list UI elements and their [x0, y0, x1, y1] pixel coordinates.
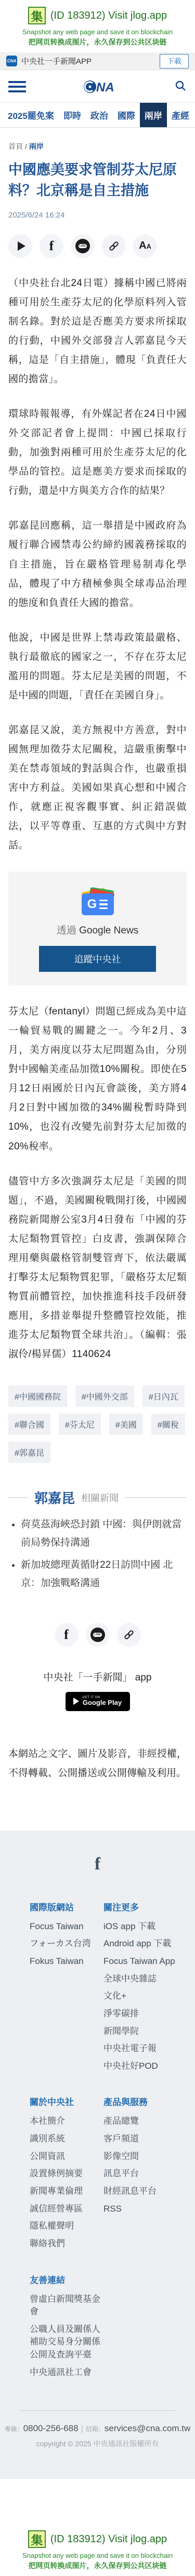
app-download-button[interactable]: 下載 — [160, 54, 189, 69]
share-toolbar: f LINE AA — [8, 234, 187, 258]
tag-chip[interactable]: #聯合國 — [8, 1414, 50, 1435]
related-news-header: 郭嘉昆 相關新聞 — [8, 1488, 187, 1507]
footer-link[interactable]: 中央社電子報 — [103, 2042, 184, 2055]
footer-col-products: 產品與服務 產品總覽 客戶頻道 影像空間 訊息平台 財經訊息平台 RSS — [103, 2082, 184, 2255]
page-title: 中國應美要求管制芬太尼原料？北京稱是自主措施 — [8, 160, 187, 201]
font-size-icon: AA — [139, 240, 151, 252]
footer-link-columns: 國際版網站 Focus Taiwan フォーカス台湾 Fokus Taiwan … — [0, 1888, 195, 2389]
nav-item-recall2025[interactable]: 2025罷免案 — [3, 103, 59, 127]
share-facebook-button[interactable]: f — [40, 234, 63, 258]
facebook-icon: f — [64, 1628, 69, 1642]
site-header: NA — [0, 70, 195, 102]
site-footer: f 國際版網站 Focus Taiwan フォーカス台湾 Fokus Taiwa… — [0, 1831, 195, 2479]
jlog-banner-title: (ID 183912) Visit jlog.app — [50, 2533, 167, 2545]
facebook-icon: f — [49, 239, 54, 253]
footer-link[interactable]: 影像空間 — [103, 2150, 184, 2163]
breadcrumb-separator: / — [25, 142, 27, 151]
footer-link[interactable]: 公職人員及關係人補助交易身分關係公開及查詢平臺 — [30, 2323, 103, 2362]
nav-item-politics[interactable]: 政治 — [86, 103, 113, 127]
footer-col-international: 國際版網站 Focus Taiwan フォーカス台湾 Fokus Taiwan — [30, 1888, 103, 2078]
tag-chip[interactable]: #中國國務院 — [8, 1386, 67, 1407]
bottom-spacer — [0, 2479, 195, 2524]
jlog-logo-icon: 集 — [28, 7, 46, 24]
footer-link[interactable]: RSS — [103, 2203, 184, 2216]
article-paragraph: 他說，中國是世界上禁毒政策最嚴格、執行最徹底的國家之一，不存在芬太尼濫用的問題。… — [8, 628, 187, 705]
tag-chip[interactable]: #中國外交部 — [75, 1386, 134, 1407]
footer-heading: 關注更多 — [103, 1900, 184, 1913]
share-line-button[interactable]: LINE — [86, 1623, 110, 1647]
footer-link[interactable]: 聯絡我們 — [30, 2238, 103, 2250]
line-icon: LINE — [90, 1628, 105, 1642]
link-icon — [123, 1629, 135, 1641]
footer-divider — [20, 2410, 175, 2411]
nav-item-cross-strait[interactable]: 兩岸 — [140, 103, 167, 127]
jlog-banner-subtitle-en: Snapshot any web page and save it on blo… — [4, 2552, 191, 2559]
footer-link[interactable]: 產品總覽 — [103, 2115, 184, 2128]
jlog-banner-subtitle-zh: 把网页转换成图片，永久保存到公共区块链 — [4, 37, 191, 47]
tag-chip[interactable]: #美國 — [109, 1414, 143, 1435]
category-nav: 2025罷免案 即時 政治 國際 兩岸 產經 — [0, 102, 195, 128]
footer-heading: 友善連結 — [30, 2273, 103, 2286]
jlog-logo-icon: 集 — [28, 2530, 46, 2548]
menu-icon[interactable] — [8, 78, 26, 95]
tag-chip[interactable]: #芬太尼 — [59, 1414, 101, 1435]
article-body: （中央社台北24日電）據稱中國已將兩種可用於生產芬太尼的化學原料列入管制名錄。對… — [8, 274, 187, 1364]
hotline-number[interactable]: 0800-256-688 — [23, 2423, 79, 2433]
listen-button[interactable] — [8, 234, 32, 258]
footer-link[interactable]: 淨零碳排 — [103, 2008, 184, 2021]
google-play-badge[interactable]: GET IT ON Google Play — [66, 1692, 130, 1711]
jlog-banner-title: (ID 183912) Visit jlog.app — [50, 10, 167, 22]
footer-col-about: 關於中央社 本社簡介 識別系統 公開資訊 設置條例摘要 新聞專業倫理 誠信經營專… — [30, 2082, 103, 2255]
article-paragraph: 芬太尼（fentanyl）問題已經成為美中這一輪貿易戰的關鍵之一。今年2月、3月… — [8, 1002, 187, 1156]
google-news-caption: 透過 Google News — [57, 923, 138, 937]
play-icon — [18, 241, 25, 251]
jlog-snapshot-banner-top[interactable]: 集 (ID 183912) Visit jlog.app Snapshot an… — [0, 0, 195, 52]
footer-link[interactable]: Android app 下載 — [103, 1937, 184, 1950]
footer-link[interactable]: 公開資訊 — [30, 2150, 103, 2163]
bottom-share-toolbar: f LINE — [8, 1623, 187, 1647]
footer-col-friendly-links: 友善連結 曾虛白新聞獎基金會 公職人員及關係人補助交易身分關係公開及查詢平臺 中… — [30, 2260, 103, 2384]
hotline-label: 專線： — [5, 2425, 23, 2433]
legal-notice: 本網站之文字、圖片及影音，非經授權，不得轉載、公開播送或公開傳輸及利用。 — [8, 1744, 187, 1783]
footer-link[interactable]: 訊息平台 — [103, 2167, 184, 2180]
breadcrumb: 首頁/兩岸 — [8, 141, 187, 152]
footer-link[interactable]: Focus Taiwan — [30, 1920, 103, 1933]
play-store-icon — [73, 1698, 79, 1705]
breadcrumb-section[interactable]: 兩岸 — [29, 142, 44, 151]
nav-item-world[interactable]: 國際 — [113, 103, 140, 127]
share-line-button[interactable]: LINE — [71, 234, 95, 258]
nav-item-breaking[interactable]: 即時 — [59, 103, 86, 127]
footer-link[interactable]: 新聞專業倫理 — [30, 2185, 103, 2198]
email-link[interactable]: services@cna.com.tw — [105, 2423, 191, 2433]
jlog-banner-subtitle-zh: 把网页转换成图片，永久保存到公共区块链 — [4, 2560, 191, 2571]
footer-heading: 關於中央社 — [30, 2095, 103, 2108]
google-news-card: G 透過 Google News 追蹤中央社 — [8, 872, 187, 985]
footer-link[interactable]: 誠信經營專區 — [30, 2203, 103, 2216]
font-size-button[interactable]: AA — [133, 234, 157, 258]
app-promo: 中央社「一手新聞」 app GET IT ON Google Play — [8, 1670, 187, 1711]
jlog-snapshot-banner-bottom[interactable]: 集 (ID 183912) Visit jlog.app Snapshot an… — [0, 2524, 195, 2576]
breadcrumb-home[interactable]: 首頁 — [8, 142, 23, 151]
article-date: 2025/6/24 16:24 — [8, 211, 187, 220]
contact-separator: | — [81, 2424, 83, 2433]
facebook-icon[interactable]: f — [95, 1854, 100, 1874]
app-promo-title: 中央社「一手新聞」 app — [8, 1670, 187, 1684]
footer-link[interactable]: 識別系統 — [30, 2133, 103, 2146]
footer-copyright: copyright © 2025 中央通訊社版權所有 — [0, 2438, 195, 2449]
cna-logo[interactable]: NA — [83, 79, 114, 94]
footer-link[interactable]: Focus Taiwan App — [103, 1955, 184, 1968]
footer-heading: 產品與服務 — [103, 2095, 184, 2108]
article-paragraph: 郭嘉昆又說，美方無視中方善意，對中國無理加徵芬太尼關稅，這嚴重衝擊中美在禁毒領域… — [8, 721, 187, 855]
tag-chip[interactable]: #郭嘉昆 — [8, 1442, 50, 1463]
cna-app-icon: CNA — [6, 56, 17, 66]
app-download-strip: CNA 中央社一手新聞APP 下載 — [0, 52, 195, 70]
footer-link[interactable]: 中央通訊社工會 — [30, 2366, 103, 2379]
copy-link-button[interactable] — [102, 234, 126, 258]
footer-link[interactable]: 全球中央雜誌 — [103, 1973, 184, 1986]
share-facebook-button[interactable]: f — [55, 1623, 79, 1647]
footer-link[interactable]: 中央社好POD — [103, 2060, 184, 2073]
article-paragraph: 環球時報報導，有外媒記者在24日中國外交部記者會上提問：中國已採取行動，加強對兩… — [8, 404, 187, 500]
footer-link[interactable]: 本社簡介 — [30, 2115, 103, 2128]
tag-chip[interactable]: #關稅 — [151, 1414, 185, 1435]
footer-social: f — [0, 1854, 195, 1874]
svg-text:NA: NA — [96, 80, 114, 94]
footer-link[interactable]: Fokus Taiwan — [30, 1955, 103, 1968]
footer-heading: 國際版網站 — [30, 1900, 103, 1913]
app-strip-title: 中央社一手新聞APP — [21, 56, 155, 66]
related-person-name[interactable]: 郭嘉昆 — [34, 1488, 75, 1507]
related-news-list: 荷莫茲海峽恐封鎖 中國：與伊朗就當前局勢保持溝通 新加坡總理黃循財22日訪問中國… — [8, 1515, 187, 1593]
email-label: 信箱： — [86, 2425, 105, 2433]
footer-col-follow-more: 關注更多 iOS app 下載 Android app 下載 Focus Tai… — [103, 1888, 184, 2078]
related-news-label: 相關新聞 — [81, 1491, 119, 1504]
link-icon — [108, 240, 120, 252]
related-news-item[interactable]: 荷莫茲海峽恐封鎖 中國：與伊朗就當前局勢保持溝通 — [21, 1515, 187, 1552]
jlog-banner-subtitle-en: Snapshot any web page and save it on blo… — [4, 28, 191, 36]
footer-link[interactable]: 客戶頻道 — [103, 2133, 184, 2146]
copy-link-button[interactable] — [117, 1623, 141, 1647]
article-paragraph: （中央社台北24日電）據稱中國已將兩種可用於生產芬太尼的化學原料列入管制名錄。對… — [8, 274, 187, 389]
article-paragraph: 郭嘉昆回應稱，這一舉措是中國政府為履行聯合國禁毒公約締約國義務採取的自主措施，旨… — [8, 516, 187, 612]
follow-cna-button[interactable]: 追蹤中央社 — [39, 946, 156, 972]
google-news-icon: G — [81, 887, 115, 915]
footer-link[interactable]: 文化+ — [103, 1990, 184, 2003]
footer-link[interactable]: iOS app 下載 — [103, 1920, 184, 1933]
line-icon: LINE — [75, 239, 90, 253]
nav-item-business[interactable]: 產經 — [167, 103, 194, 127]
footer-link[interactable]: フォーカス台湾 — [30, 1937, 103, 1950]
tag-chip[interactable]: #日內瓦 — [142, 1386, 185, 1407]
footer-contact: 專線：0800-256-688|信箱：services@cna.com.tw — [0, 2423, 195, 2434]
footer-link[interactable]: 曾虛白新聞獎基金會 — [30, 2293, 103, 2319]
search-icon[interactable] — [171, 79, 187, 94]
footer-link[interactable]: 隱私權聲明 — [30, 2220, 103, 2233]
article-paragraph: 儘管中方多次強調芬太尼是「美國的問題」，不過，美國關稅戰開打後，中國國務院新聞辦… — [8, 1172, 187, 1364]
footer-link[interactable]: 新聞學院 — [103, 2025, 184, 2038]
related-news-item[interactable]: 新加坡總理黃循財22日訪問中國 北京：加強戰略溝通 — [21, 1556, 187, 1592]
footer-link[interactable]: 設置條例摘要 — [30, 2167, 103, 2180]
footer-link[interactable]: 財經訊息平台 — [103, 2185, 184, 2198]
tag-list: #中國國務院 #中國外交部 #日內瓦 #聯合國 #芬太尼 #美國 #關稅 #郭嘉… — [8, 1386, 187, 1463]
